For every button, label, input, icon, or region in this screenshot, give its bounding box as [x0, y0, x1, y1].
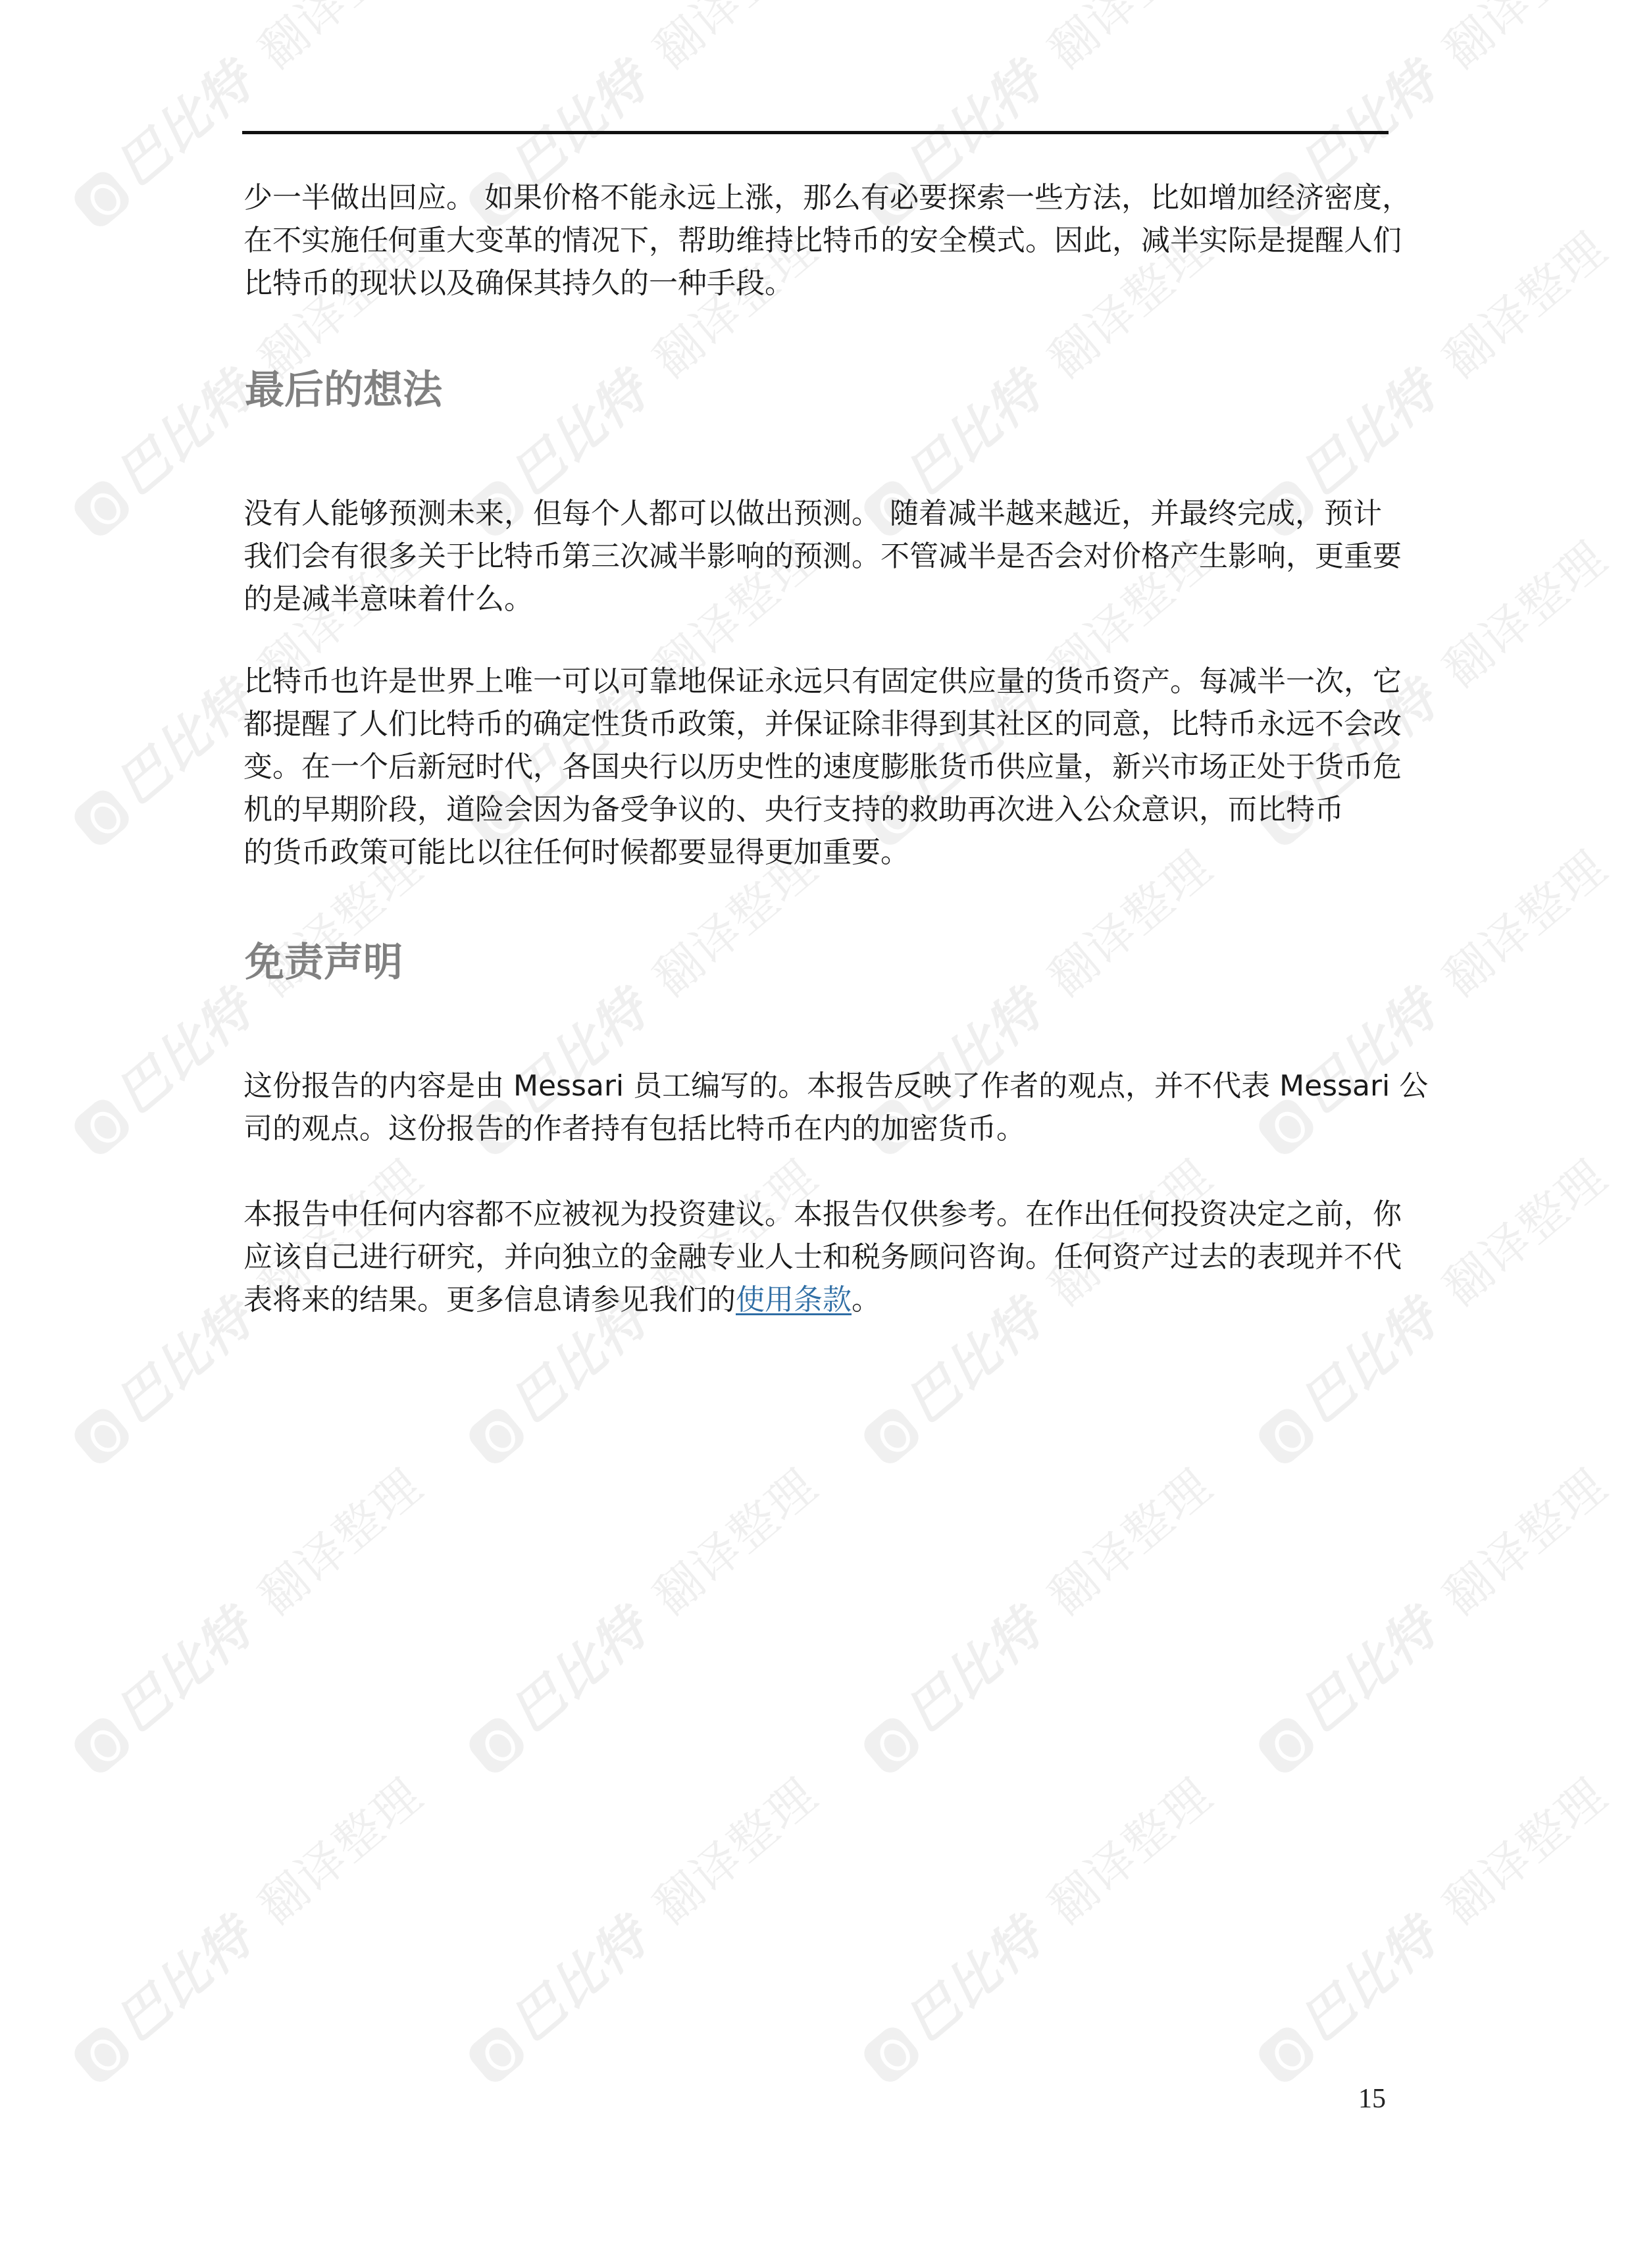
paragraph-line: 没有人能够预测未来，但每个人都可以做出预测。 随着减半越来越近，并最终完成，预计	[243, 495, 1382, 532]
paragraph-line: 都提醒了人们比特币的确定性货币政策，并保证除非得到其社区的同意，比特币永远不会改	[243, 706, 1402, 743]
paragraph-line: 比特币的现状以及确保其持久的一种手段。	[243, 265, 794, 302]
paragraph-line: 的货币政策可能比以往任何时候都要显得更加重要。	[243, 834, 909, 871]
header-rule	[242, 131, 1389, 134]
paragraph-line: 应该自己进行研究，并向独立的金融专业人士和税务顾问咨询。任何资产过去的表现并不代	[243, 1239, 1402, 1276]
paragraph-line: 机的早期阶段，道险会因为备受争议的、央行支持的救助再次进入公众意识，而比特币	[243, 792, 1344, 828]
paragraph-text: 表将来的结果。更多信息请参见我们的	[243, 1283, 736, 1317]
page-number: 15	[1358, 2083, 1386, 2115]
section-heading-final-thoughts: 最后的想法	[245, 367, 442, 413]
paragraph-line: 本报告中任何内容都不应被视为投资建议。本报告仅供参考。在作出任何投资决定之前，你	[243, 1196, 1402, 1233]
paragraph-line: 表将来的结果。更多信息请参见我们的使用条款。	[243, 1282, 880, 1319]
paragraph-line: 少一半做出回应。 如果价格不能永远上涨，那么有必要探索一些方法，比如增加经济密度…	[243, 180, 1411, 216]
paragraph-line: 司的观点。这份报告的作者持有包括比特币在内的加密货币。	[243, 1111, 1025, 1147]
paragraph-text: 。	[852, 1283, 880, 1317]
paragraph-line: 这份报告的内容是由 Messari 员工编写的。本报告反映了作者的观点，并不代表…	[243, 1068, 1428, 1105]
paragraph-line: 在不实施任何重大变革的情况下，帮助维持比特币的安全模式。因此，减半实际是提醒人们	[243, 222, 1402, 259]
section-heading-disclaimer: 免责声明	[245, 940, 403, 986]
paragraph-line: 的是减半意味着什么。	[243, 581, 533, 618]
paragraph-line: 我们会有很多关于比特币第三次减半影响的预测。不管减半是否会对价格产生影响，更重要	[243, 538, 1402, 575]
paragraph-line: 比特币也许是世界上唯一可以可靠地保证永远只有固定供应量的货币资产。每减半一次，它	[243, 663, 1402, 700]
terms-of-use-link[interactable]: 使用条款	[736, 1283, 852, 1317]
document-page: 少一半做出回应。 如果价格不能永远上涨，那么有必要探索一些方法，比如增加经济密度…	[0, 0, 1632, 2268]
paragraph-line: 变。在一个后新冠时代，各国央行以历史性的速度膨胀货币供应量，新兴市场正处于货币危	[243, 749, 1402, 786]
